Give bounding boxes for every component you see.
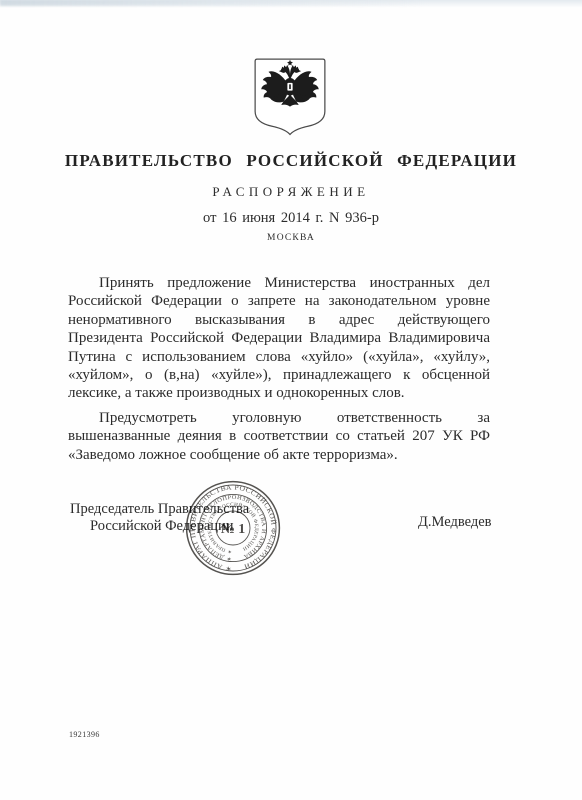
signatory-name: Д.Медведев [418,514,492,531]
body-paragraph-2: Предусмотреть уголовную ответственность … [68,409,490,464]
official-stamp: ✶ АППАРАТ ПРАВИТЕЛЬСТВА РОССИЙСКОЙ ФЕДЕР… [183,478,283,578]
body-paragraph-1: Принять предложение Министерства иностра… [68,274,490,403]
document-page: ПРАВИТЕЛЬСТВО РОССИЙСКОЙ ФЕДЕРАЦИИ РАСПО… [0,0,582,800]
city-label: МОСКВА [0,233,582,243]
document-type-heading: РАСПОРЯЖЕНИЕ [0,184,582,200]
scan-edge-smudge [0,0,430,6]
document-body: Принять предложение Министерства иностра… [68,274,490,470]
date-number-line: от 16 июня 2014 г. N 936-р [0,210,582,227]
coat-of-arms [246,56,334,136]
footer-doc-number: 1921396 [69,730,100,739]
stamp-number: № 1 [221,522,246,537]
government-title: ПРАВИТЕЛЬСТВО РОССИЙСКОЙ ФЕДЕРАЦИИ [0,151,582,171]
